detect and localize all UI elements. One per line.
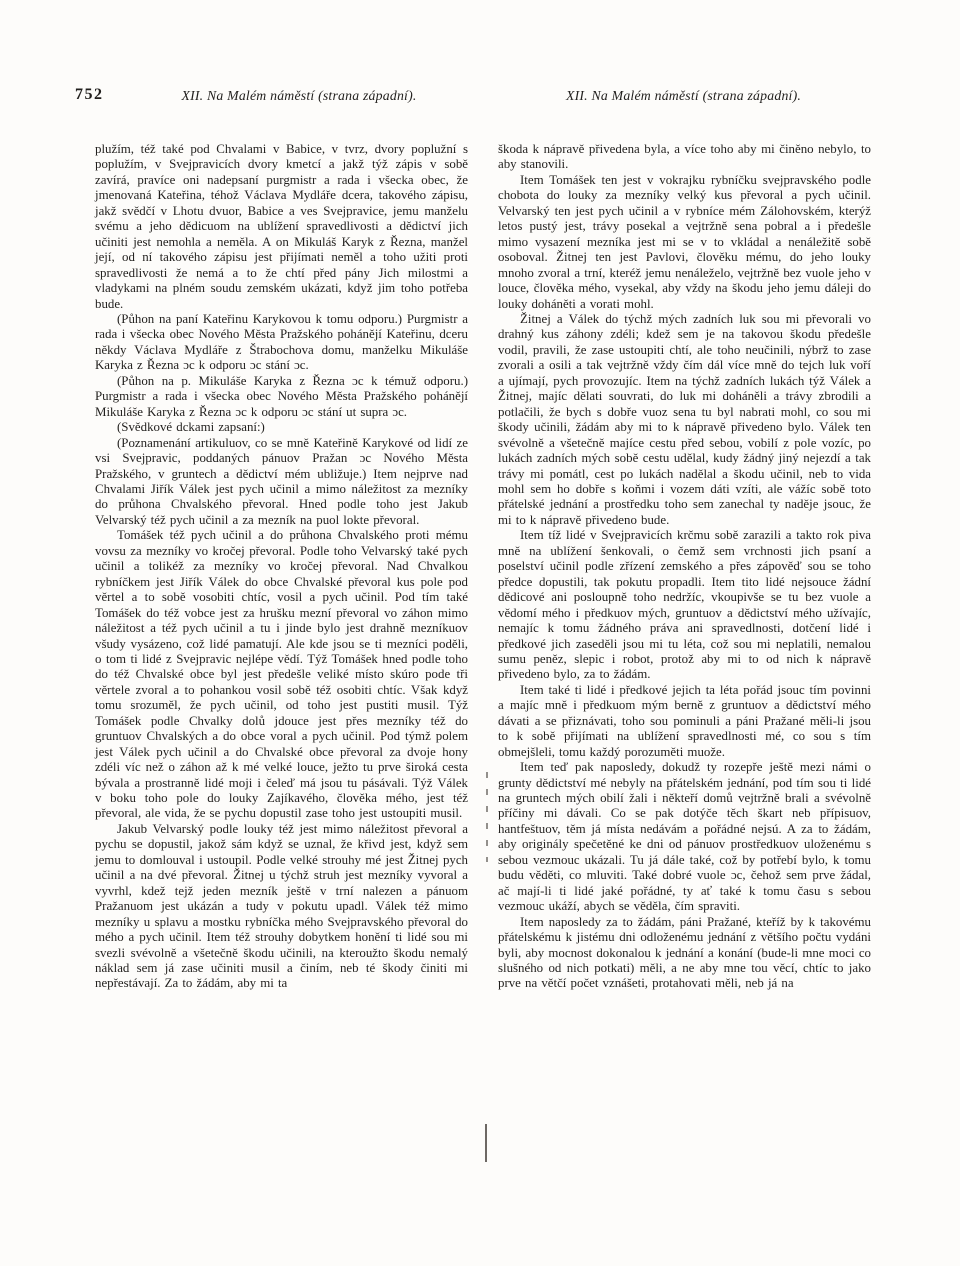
text-body: plužím, též také pod Chvalami v Babice, … xyxy=(95,142,871,992)
paragraph: Item tíž lidé v Svejpravicích krčmu sobě… xyxy=(498,528,871,683)
scan-artifact-bar xyxy=(485,1124,487,1162)
paragraph: Žitnej a Válek do týchž mých zadních luk… xyxy=(498,312,871,528)
paragraph: (Půhon na paní Kateřinu Karykovou k tomu… xyxy=(95,312,468,374)
paragraph: plužím, též také pod Chvalami v Babice, … xyxy=(95,142,468,312)
paragraph: Item také ti lidé i předkové jejich ta l… xyxy=(498,683,871,760)
paragraph: škoda k nápravě přivedena byla, a více t… xyxy=(498,142,871,173)
left-text-column: plužím, též také pod Chvalami v Babice, … xyxy=(95,142,468,992)
book-page-scan: 752 XII. Na Malém náměstí (strana západn… xyxy=(0,0,960,1266)
paragraph: (Půhon na p. Mikuláše Karyka z Řezna ɔc … xyxy=(95,374,468,420)
paragraph: Tomášek též pych učinil a do průhona Chv… xyxy=(95,528,468,822)
running-title-right: XII. Na Malém náměstí (strana západní). xyxy=(497,88,870,104)
paragraph: Item naposledy za to žádám, páni Pražané… xyxy=(498,915,871,992)
scan-artifact-dashed-line xyxy=(486,772,488,862)
paragraph: (Poznamenání artikuluov, co se mně Kateř… xyxy=(95,436,468,529)
paragraph: Jakub Velvarský podle louky též jest mim… xyxy=(95,822,468,992)
paragraph: Item teď pak naposledy, dokudž ty rozepř… xyxy=(498,760,871,915)
running-title-left: XII. Na Malém náměstí (strana západní). xyxy=(128,88,470,104)
right-text-column: škoda k nápravě přivedena byla, a více t… xyxy=(498,142,871,992)
page-number: 752 xyxy=(75,86,104,104)
paragraph: Item Tomášek ten jest v vokrajku rybníčk… xyxy=(498,173,871,312)
paragraph: (Svědkové dckami zapsaní:) xyxy=(95,420,468,435)
